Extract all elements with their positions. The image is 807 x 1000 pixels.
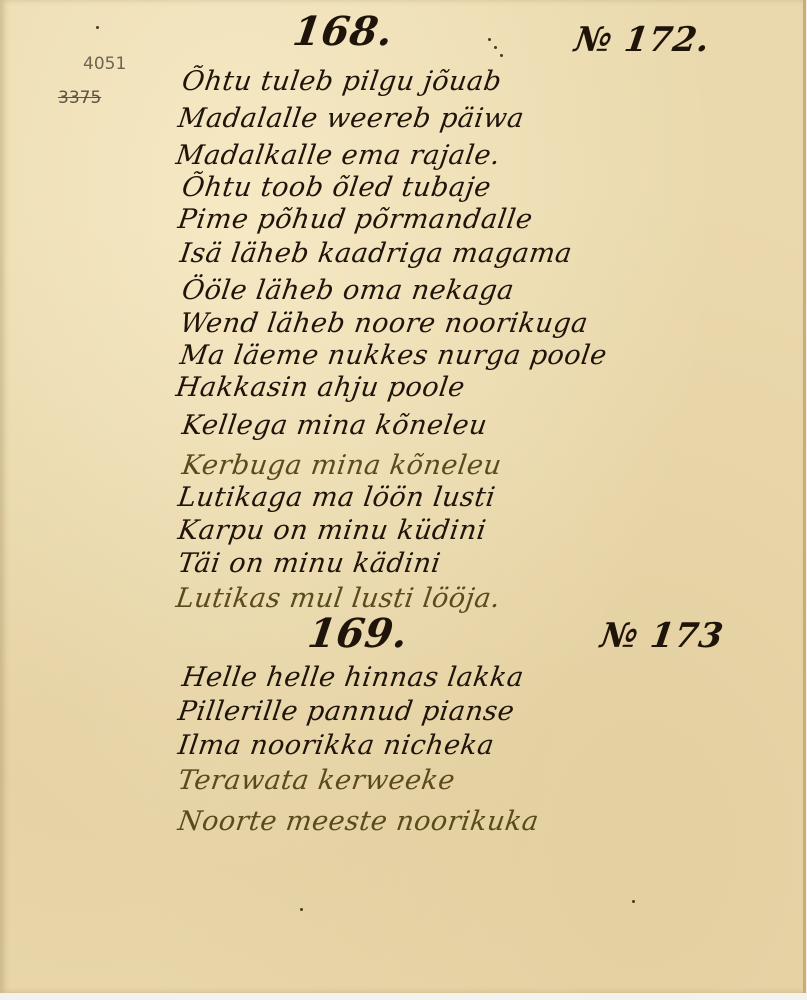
- ink-speck: [632, 900, 635, 903]
- song-168-line-7: Ööle läheb oma nekaga: [180, 275, 516, 306]
- ink-speck: [300, 908, 303, 911]
- song-168-line-2: Madalalle weereb päiwa: [176, 103, 526, 134]
- song-168-line-14: Karpu on minu küdini: [176, 515, 488, 546]
- song-169-line-1: Helle helle hinnas lakka: [180, 662, 526, 693]
- catalog-number-172: № 172.: [572, 20, 712, 60]
- song-number-168: 168.: [290, 8, 396, 55]
- song-168-line-12: Kerbuga mina kõneleu: [180, 450, 504, 481]
- song-169-line-4: Terawata kerweeke: [176, 765, 457, 796]
- song-168-line-4: Õhtu toob õled tubaje: [180, 172, 493, 203]
- ink-speck: [500, 54, 503, 57]
- song-168-line-3: Madalkalle ema rajale.: [174, 140, 502, 171]
- manuscript-page: 4051 3375 168. № 172. Õhtu tuleb pilgu j…: [0, 0, 806, 993]
- song-number-169: 169.: [305, 610, 411, 657]
- song-168-line-1: Õhtu tuleb pilgu jõuab: [180, 66, 504, 97]
- song-169-line-5: Noorte meeste noorikuka: [176, 806, 541, 837]
- archive-struck-number: 3375: [58, 88, 101, 108]
- ink-speck: [494, 46, 497, 49]
- archive-pencil-number: 4051: [83, 54, 126, 74]
- song-168-line-13: Lutikaga ma löön lusti: [176, 482, 497, 513]
- song-168-line-8: Wend läheb noore noorikuga: [178, 308, 590, 339]
- song-168-line-5: Pime põhud põrmandalle: [176, 204, 535, 235]
- catalog-number-173: № 173: [598, 616, 726, 656]
- song-168-line-15: Täi on minu kädini: [176, 548, 443, 579]
- song-168-line-6: Isä läheb kaadriga magama: [178, 238, 574, 269]
- song-168-line-9: Ma läeme nukkes nurga poole: [178, 340, 609, 371]
- song-169-line-3: Ilma noorikka nicheka: [176, 730, 496, 761]
- ink-speck: [96, 26, 99, 29]
- song-168-line-10: Hakkasin ahju poole: [174, 372, 467, 403]
- song-169-line-2: Pillerille pannud pianse: [176, 696, 516, 727]
- ink-speck: [488, 38, 491, 41]
- song-168-line-11: Kellega mina kõneleu: [180, 410, 489, 441]
